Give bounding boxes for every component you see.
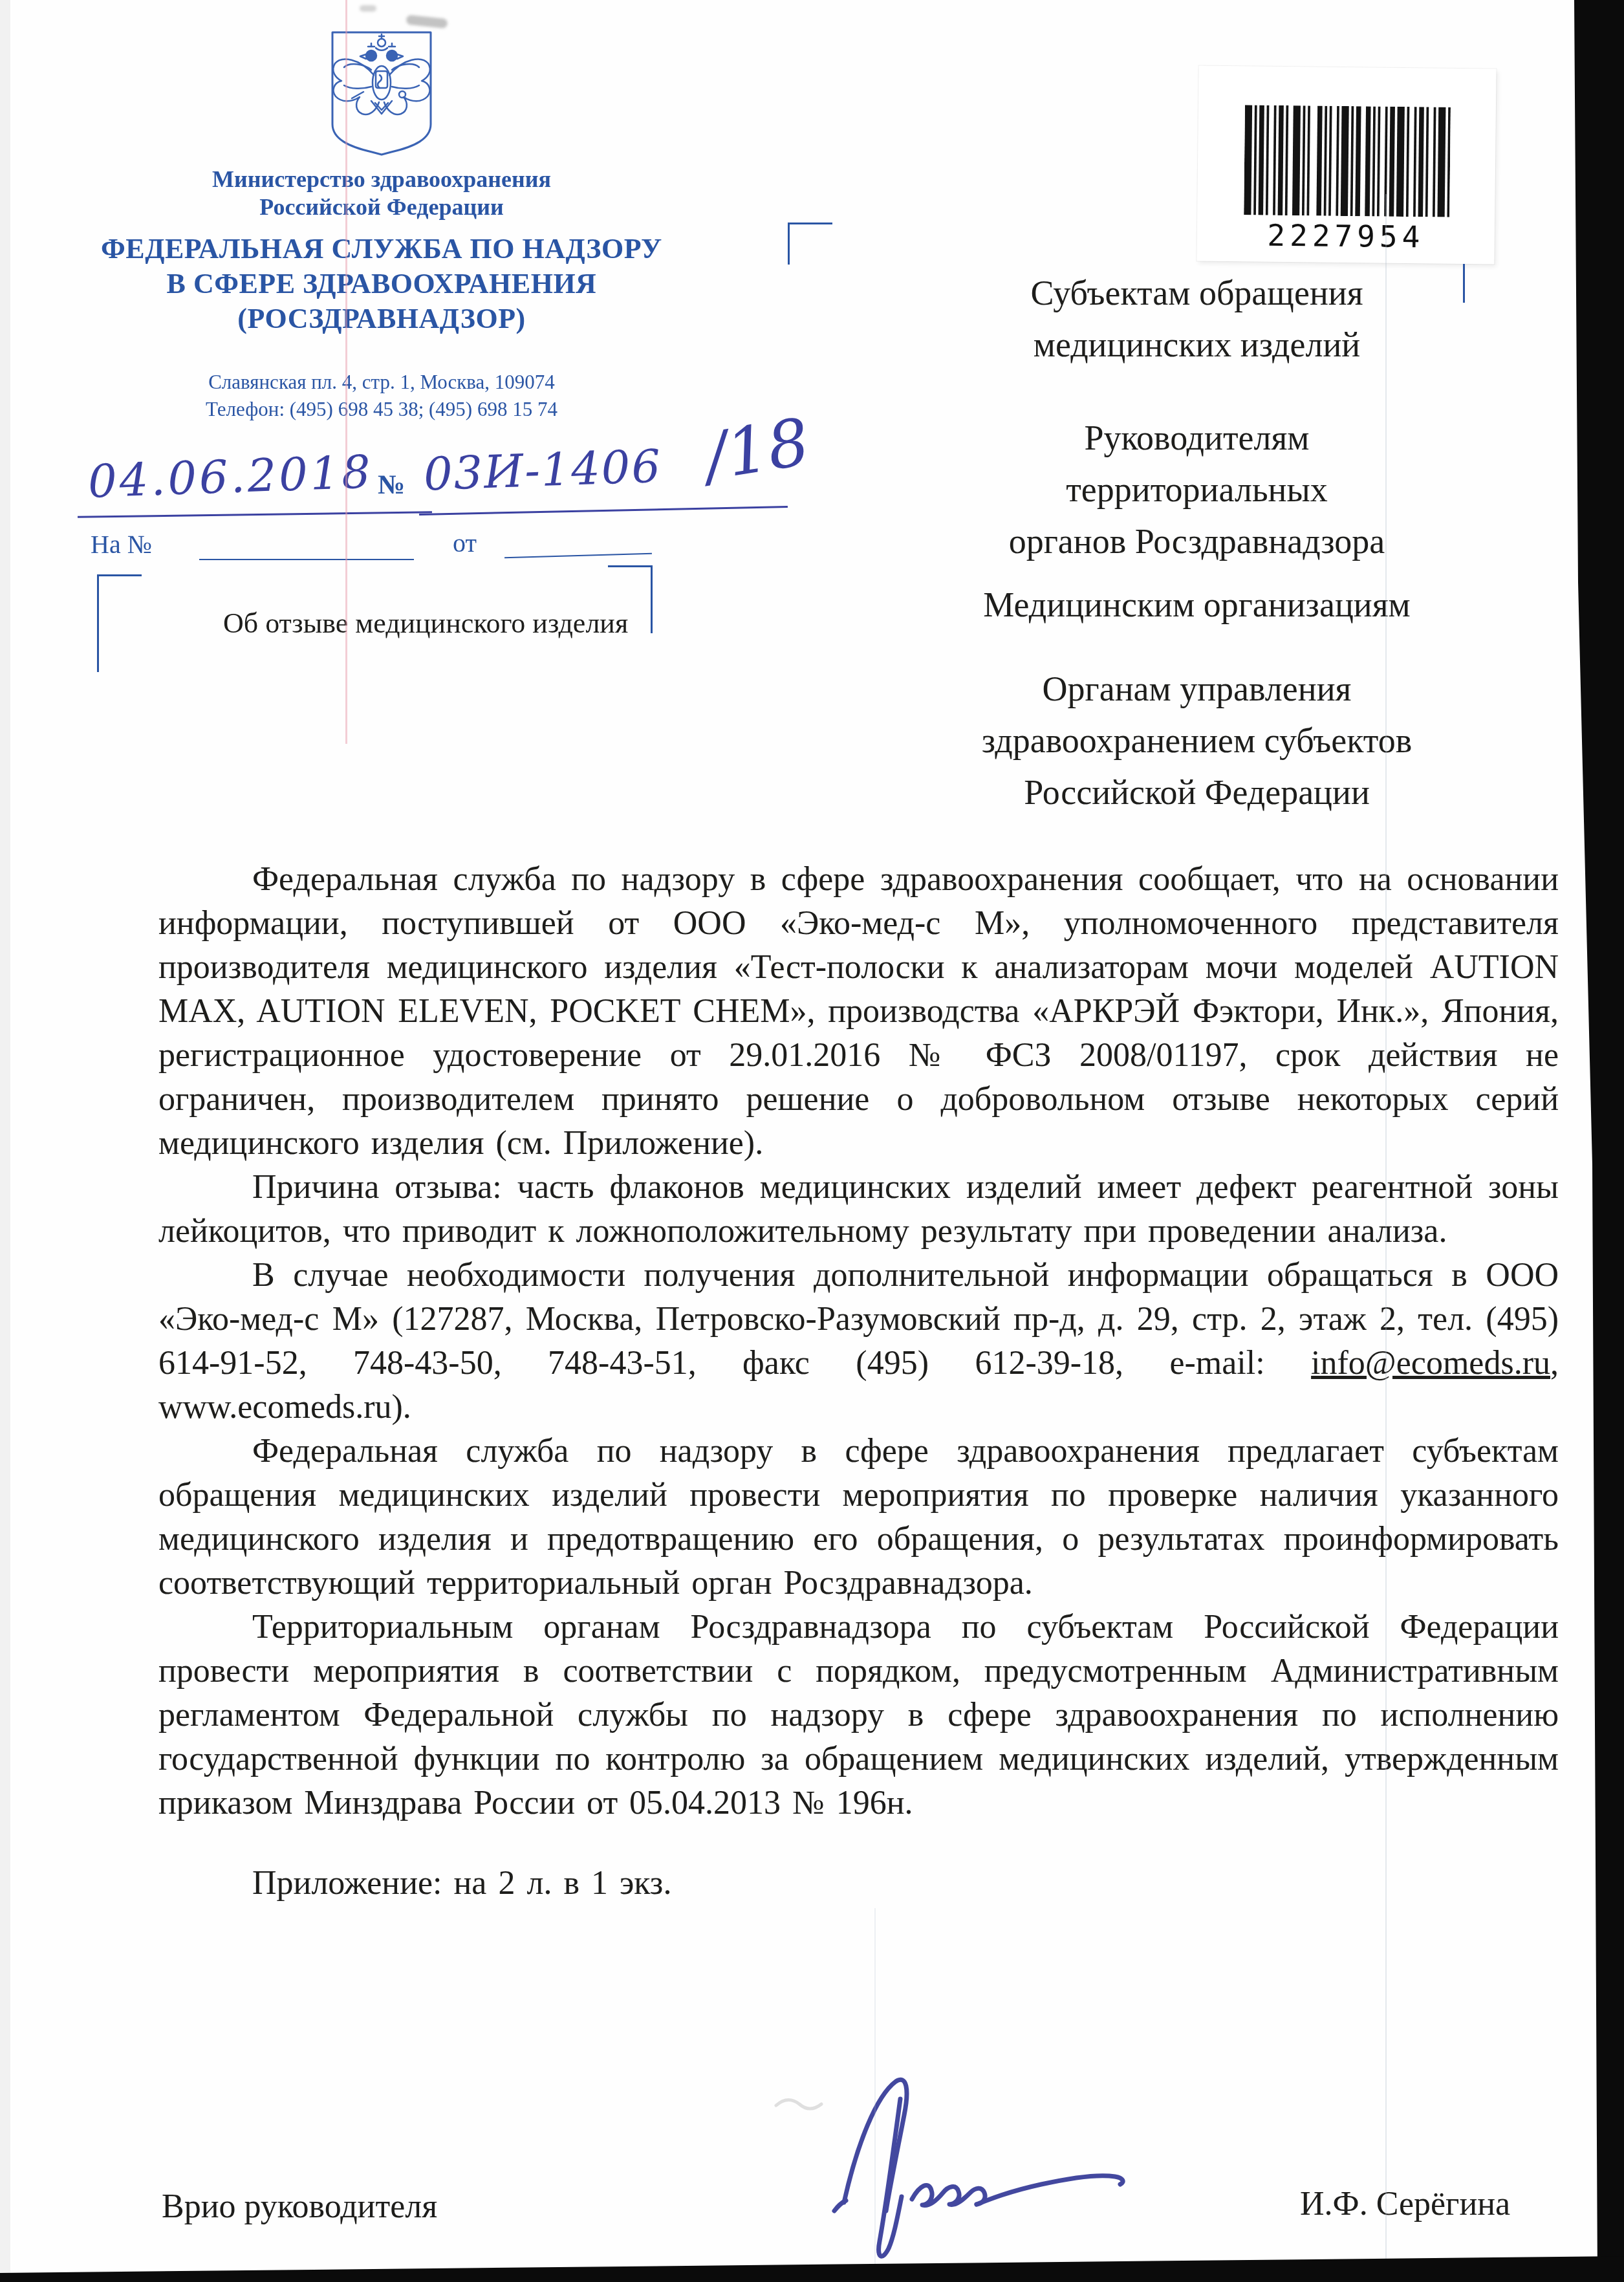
scan-smudge xyxy=(360,5,376,12)
address-zone-corner-tick xyxy=(1463,264,1465,303)
letterhead-phone: Телефон: (495) 698 45 38; (495) 698 15 7… xyxy=(74,396,689,423)
addressee-item: Медицинским организациям xyxy=(956,579,1438,631)
letterhead: Министерство здравоохранения Российской … xyxy=(74,30,689,423)
body-paragraph-5: Территориальным органам Росздравнадзора … xyxy=(158,1605,1559,1825)
scanned-letter-page: Министерство здравоохранения Российской … xyxy=(0,0,1624,2282)
attachment-note: Приложение: на 2 л. в 1 экз. xyxy=(158,1862,1559,1906)
addressee-item: Органам управления здравоохранением субъ… xyxy=(956,663,1438,818)
reply-number-blank-line xyxy=(199,559,414,560)
barcode-icon xyxy=(1244,105,1451,217)
signer-position: Врио руководителя xyxy=(162,2188,437,2226)
addressee-column: Субъектам обращения медицинских изделий … xyxy=(956,267,1438,818)
reply-from-label: от xyxy=(453,528,477,558)
signature-ink xyxy=(737,2037,1190,2277)
letterhead-address: Славянская пл. 4, стр. 1, Москва, 109074 xyxy=(74,369,689,396)
body-paragraph-2: Причина отзыва: часть флаконов медицинск… xyxy=(158,1166,1559,1254)
subject-zone-right-corner-mark xyxy=(608,565,653,633)
barcode-label: 2227954 xyxy=(1196,66,1496,265)
address-zone-corner-mark xyxy=(788,223,832,265)
date-underline xyxy=(78,511,432,518)
service-name-line1: ФЕДЕРАЛЬНАЯ СЛУЖБА ПО НАДЗОРУ xyxy=(74,232,689,266)
addressee-item: Руководителям территориальных органов Ро… xyxy=(956,412,1438,567)
outgoing-number-handwritten: 03И-1406 xyxy=(423,440,663,501)
service-name-line3: (РОСЗДРАВНАДЗОР) xyxy=(74,301,689,336)
reply-to-label: На № xyxy=(91,529,152,560)
signer-name: И.Ф. Серёгина xyxy=(1300,2185,1510,2223)
number-underline xyxy=(419,506,788,516)
letter-body: Федеральная служба по надзору в сфере зд… xyxy=(158,858,1559,1906)
email-address: info@ecomeds.ru xyxy=(1311,1345,1550,1382)
body-paragraph-3: В случае необходимости получения дополни… xyxy=(158,1254,1559,1429)
ministry-name-line2: Российской Федерации xyxy=(74,193,689,221)
russia-coat-of-arms-icon xyxy=(329,30,435,157)
body-paragraph-4: Федеральная служба по надзору в сфере зд… xyxy=(158,1429,1559,1605)
addressee-item: Субъектам обращения медицинских изделий xyxy=(956,267,1438,371)
body-paragraph-1: Федеральная служба по надзору в сфере зд… xyxy=(158,858,1559,1166)
barcode-number: 2227954 xyxy=(1197,217,1495,255)
ministry-name-line1: Министерство здравоохранения xyxy=(74,166,689,193)
number-sign: № xyxy=(378,470,405,501)
subject-line: Об отзыве медицинского изделия xyxy=(223,607,628,640)
outgoing-number-suffix: /18 xyxy=(700,404,814,495)
reply-date-blank-line xyxy=(504,553,652,558)
service-name-line2: В СФЕРЕ ЗДРАВООХРАНЕНИЯ xyxy=(74,266,689,301)
subject-zone-left-corner-mark xyxy=(97,574,142,672)
outgoing-date-handwritten: 04.06.2018 xyxy=(87,445,374,508)
scan-smudge xyxy=(406,15,448,29)
scan-left-shadow xyxy=(0,0,10,2282)
